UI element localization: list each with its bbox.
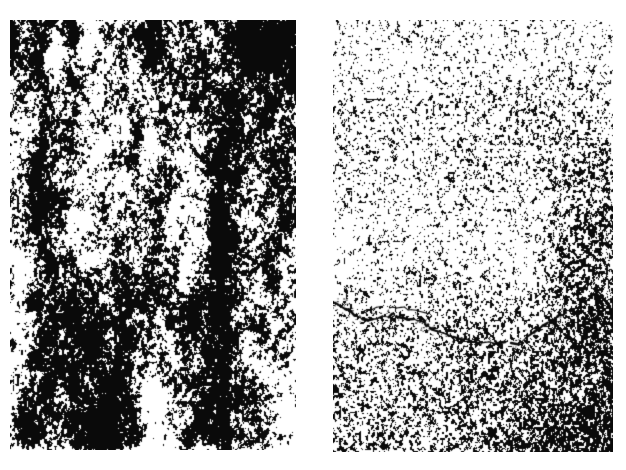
- grunge-texture-panel-dark: [10, 20, 296, 450]
- texture-sheet: [0, 0, 626, 470]
- grunge-texture-panel-light: [333, 20, 613, 452]
